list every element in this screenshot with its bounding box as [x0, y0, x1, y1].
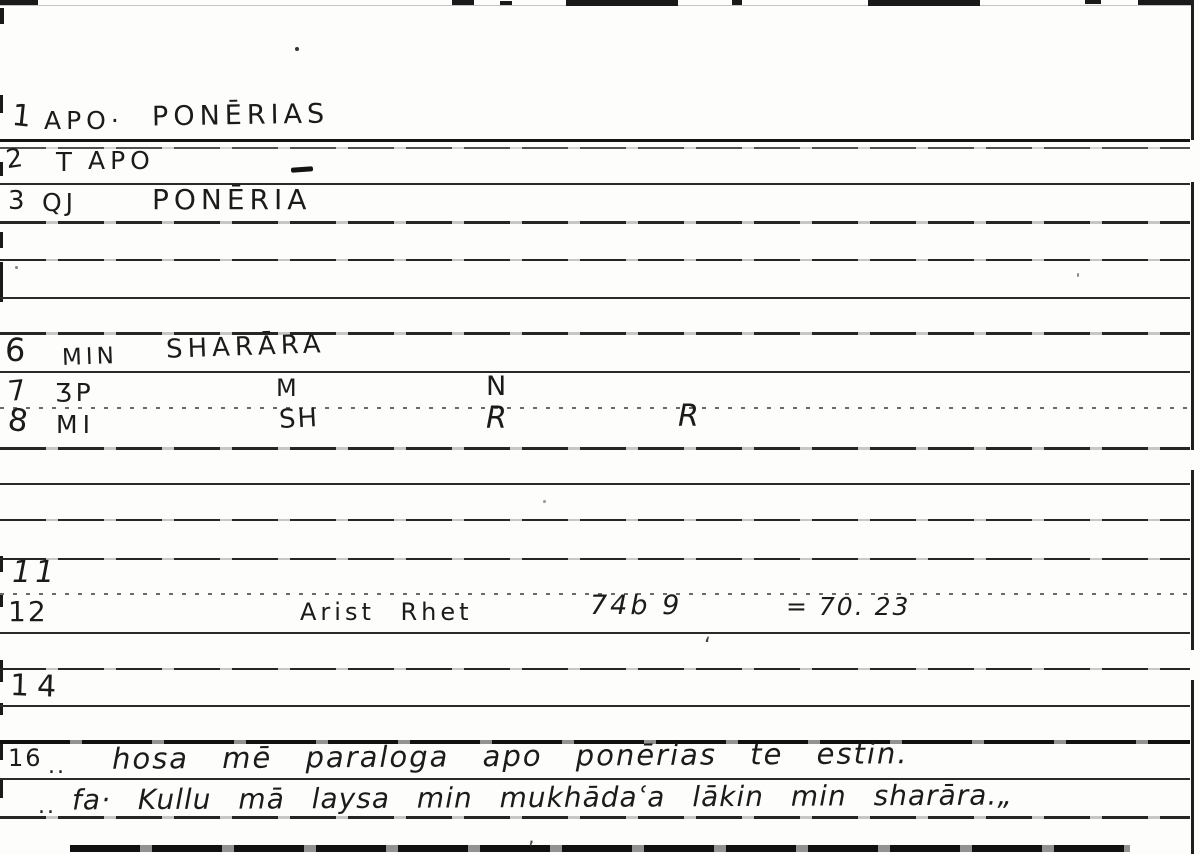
entry-number: 11	[12, 558, 58, 588]
scan-edge-artifact	[1191, 0, 1194, 140]
scan-edge-artifact	[1191, 182, 1194, 450]
citation-text: Arist Rhet	[300, 600, 473, 624]
entry-word: MI	[56, 412, 95, 437]
entry-word: ƷP	[55, 380, 95, 405]
ruled-line	[0, 816, 1190, 819]
ruled-line	[0, 705, 1190, 707]
scan-edge-artifact	[0, 778, 3, 798]
entry-word: R	[486, 404, 507, 434]
scan-edge-artifact	[0, 262, 3, 302]
scan-edge-artifact	[0, 660, 3, 682]
ruled-line	[0, 447, 1190, 450]
entry-word: APO·	[44, 108, 124, 133]
entry-number: 14	[9, 671, 64, 703]
scan-edge-artifact	[0, 5, 1192, 6]
card-bottom-edge	[70, 845, 1130, 852]
citation-equivalence: = 70. 23	[786, 594, 910, 619]
entry-number: 2	[4, 145, 27, 173]
subdots-mark: ..	[38, 796, 56, 818]
entry-word: T	[56, 150, 75, 176]
scan-edge-artifact	[0, 95, 3, 113]
paper-speck	[1077, 273, 1079, 277]
entry-word: R	[678, 402, 699, 432]
stray-mark: ‚	[528, 826, 534, 846]
ruled-line	[0, 668, 1190, 670]
entry-word: N	[486, 373, 509, 400]
scan-edge-artifact	[1191, 680, 1194, 854]
macron-stroke	[291, 166, 313, 173]
subdots-mark: ..	[48, 756, 66, 778]
ruled-line	[0, 519, 1190, 521]
paper-speck	[295, 47, 299, 51]
entry-number: 8	[6, 405, 33, 439]
entry-word: MIN	[62, 345, 119, 370]
scan-edge-artifact	[1085, 0, 1101, 4]
entry-word: PONĒRIAS	[152, 100, 330, 130]
scan-edge-artifact	[1191, 470, 1194, 650]
ruled-line	[0, 297, 1190, 299]
citation-reference: 74b 9	[590, 592, 682, 619]
scanned-card: 1 APO· PONĒRIAS 2 T APO 3 QJ PONĒRIA 6 M…	[0, 0, 1200, 854]
ruled-line	[0, 221, 1190, 224]
entry-word: APO	[88, 148, 155, 173]
entry-number: 12	[8, 598, 48, 626]
stray-mark: ʻ	[704, 636, 711, 658]
paper-speck	[15, 266, 18, 269]
entry-number: 16	[8, 746, 43, 770]
entry-number: 1	[10, 101, 35, 133]
ruled-line	[0, 371, 1190, 373]
entry-number: 6	[4, 333, 29, 366]
scan-edge-artifact	[0, 595, 3, 607]
transliteration-line-greek: hosa mē paraloga apo ponērias te estin.	[112, 739, 909, 774]
entry-word: M	[276, 376, 300, 400]
scan-edge-artifact	[0, 8, 4, 24]
paper-speck	[543, 500, 546, 503]
entry-word: PONĒRIA	[152, 186, 311, 214]
ruled-line	[0, 139, 1190, 142]
entry-word: QJ	[42, 190, 77, 215]
ruled-line	[0, 483, 1190, 485]
ruled-line	[0, 558, 1190, 560]
scan-edge-artifact	[0, 232, 3, 248]
ruled-line	[0, 407, 1190, 409]
ruled-line	[0, 259, 1190, 261]
ruled-line	[0, 147, 1190, 149]
transliteration-line-arabic: fa· Kullu mā laysa min mukhādaʿa lākin m…	[72, 782, 1013, 815]
entry-number: 3	[8, 188, 28, 214]
entry-word: SH	[278, 405, 319, 433]
scan-edge-artifact	[0, 162, 3, 176]
ruled-line	[0, 632, 1190, 634]
entry-word: SHARĀRA	[166, 331, 326, 363]
